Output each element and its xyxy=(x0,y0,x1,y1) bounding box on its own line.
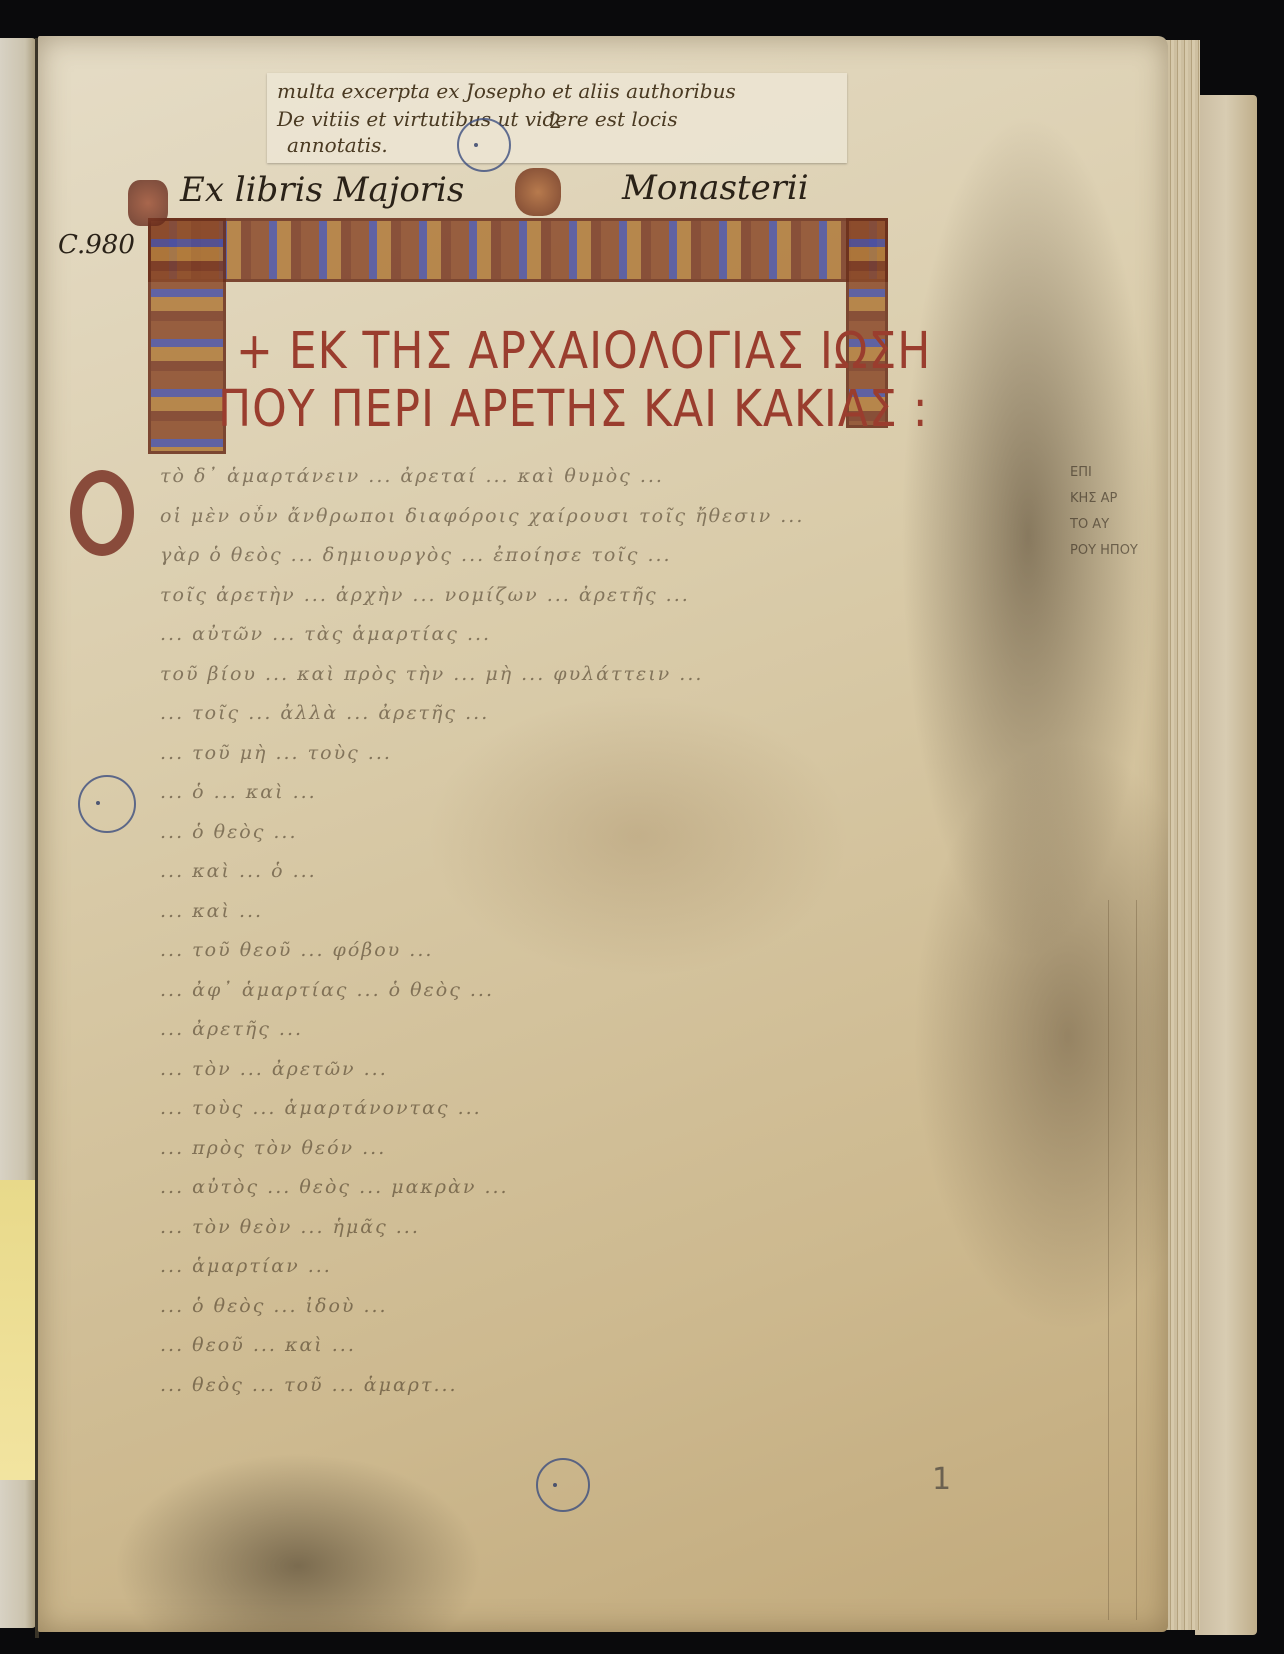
text-line: ... καὶ ... ὁ ... xyxy=(160,860,1150,900)
ex-libris-right: Monasterii xyxy=(622,168,809,208)
library-stamp-top xyxy=(457,118,511,172)
text-line: ... αὐτῶν ... τὰς ἁμαρτίας ... xyxy=(160,623,1150,663)
left-page-yellow-flyleaf xyxy=(0,1180,36,1480)
title-line-1: + ΕΚ ΤΗΣ ΑΡΧΑΙΟΛΟΓΙΑΣ ΙΩΣΗ xyxy=(236,322,931,381)
text-line: ... αὐτὸς ... θεὸς ... μακρὰν ... xyxy=(160,1176,1150,1216)
text-line: ... πρὸς τὸν θεόν ... xyxy=(160,1137,1150,1177)
margin-line: ΤΟ ΑΥ xyxy=(1070,512,1138,538)
ornament-cross-icon xyxy=(515,168,561,216)
text-line: ... καὶ ... xyxy=(160,900,1150,940)
shelfmark: C.980 xyxy=(58,230,135,260)
text-line: ... ὁ ... καὶ ... xyxy=(160,781,1150,821)
library-stamp-bottom xyxy=(536,1458,590,1512)
text-line: ... ἀφ᾽ ἁμαρτίας ... ὁ θεὸς ... xyxy=(160,979,1150,1019)
text-line: τοῖς ἀρετὴν ... ἀρχὴν ... νομίζων ... ἀρ… xyxy=(160,584,1150,624)
ruling-line xyxy=(1108,900,1109,1620)
ornament-finial-icon xyxy=(128,180,168,226)
text-line: τὸ δ᾽ ἁμαρτάνειν ... ἀρεταί ... καὶ θυμὸ… xyxy=(160,465,1150,505)
title-line-2: ΠΟΥ ΠΕΡΙ ΑΡΕΤΗΣ ΚΑΙ ΚΑΚΙΑΣ : xyxy=(218,380,929,439)
margin-line: ΕΠΙ xyxy=(1070,460,1138,486)
text-line: ... θεὸς ... τοῦ ... ἁμαρτ... xyxy=(160,1374,1150,1414)
decorated-initial-omicron xyxy=(70,470,134,556)
text-line: ... ὁ θεὸς ... ἰδοὺ ... xyxy=(160,1295,1150,1335)
library-stamp-margin xyxy=(78,775,136,833)
margin-line: ΡΟΥ ΗΠΟΥ xyxy=(1070,538,1138,564)
headpiece-left-band xyxy=(148,218,226,454)
ex-libris-left: Ex libris Majoris xyxy=(180,170,464,210)
text-line: ... τοὺς ... ἁμαρτάνοντας ... xyxy=(160,1097,1150,1137)
note-line-1: multa excerpta ex Josepho et aliis autho… xyxy=(277,79,736,103)
text-line: ... τοῖς ... ἀλλὰ ... ἀρετῆς ... xyxy=(160,702,1150,742)
text-line: γὰρ ὁ θεὸς ... δημιουργὸς ... ἐποίησε το… xyxy=(160,544,1150,584)
text-line: ... τοῦ θεοῦ ... φόβου ... xyxy=(160,939,1150,979)
text-line: ... ἁμαρτίαν ... xyxy=(160,1255,1150,1295)
text-block-fore-edge xyxy=(1195,95,1257,1635)
margin-line: ΚΗΣ ΑΡ xyxy=(1070,486,1138,512)
text-line: ... τὸν θεὸν ... ἡμᾶς ... xyxy=(160,1216,1150,1256)
folio-number: 1 xyxy=(932,1462,951,1497)
pasted-note-slip: multa excerpta ex Josepho et aliis autho… xyxy=(267,73,847,163)
note-line-3: annotatis. xyxy=(287,133,388,157)
main-text-block: τὸ δ᾽ ἁμαρτάνειν ... ἀρεταί ... καὶ θυμὸ… xyxy=(160,465,1150,1413)
text-line: τοῦ βίου ... καὶ πρὸς τὴν ... μὴ ... φυλ… xyxy=(160,663,1150,703)
headpiece-top-band xyxy=(148,218,888,282)
text-line: ... θεοῦ ... καὶ ... xyxy=(160,1334,1150,1374)
right-margin-note: ΕΠΙ ΚΗΣ ΑΡ ΤΟ ΑΥ ΡΟΥ ΗΠΟΥ xyxy=(1070,460,1138,564)
text-line: ... τοῦ μὴ ... τοὺς ... xyxy=(160,742,1150,782)
text-line: ... τὸν ... ἀρετῶν ... xyxy=(160,1058,1150,1098)
text-line: οἱ μὲν οὖν ἄνθρωποι διαφόροις χαίρουσι τ… xyxy=(160,505,1150,545)
text-line: ... ἀρετῆς ... xyxy=(160,1018,1150,1058)
note-number: 2 xyxy=(549,109,562,133)
ruling-line xyxy=(1136,900,1137,1620)
text-line: ... ὁ θεὸς ... xyxy=(160,821,1150,861)
